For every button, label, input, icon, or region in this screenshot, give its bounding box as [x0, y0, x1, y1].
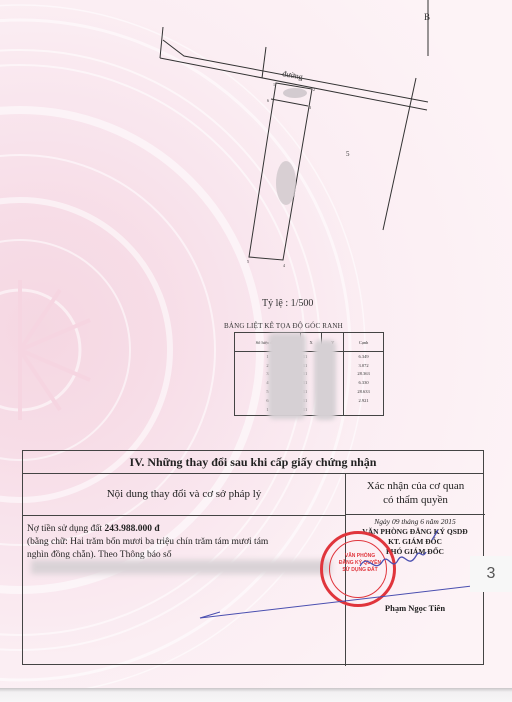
coordinate-table: Số hiệu điểm X Y Cạnh 111626.34921163.07…: [234, 332, 384, 416]
table-row: 1116: [235, 406, 384, 416]
cell-edge: 6.330: [344, 379, 384, 388]
cell-edge: [344, 406, 384, 416]
confirm-date: Ngày 09 tháng 6 năm 2015: [345, 517, 485, 527]
section-title: IV. Những thay đổi sau khi cấp giấy chứn…: [23, 451, 483, 474]
coordinate-table-title: BẢNG LIỆT KÊ TỌA ĐỘ GÓC RANH: [224, 322, 343, 330]
land-plot-diagram: đường B 5 1 2 3 4 5 6: [0, 0, 512, 300]
table-row: 41166.330: [235, 379, 384, 388]
table-row: 511628.633: [235, 388, 384, 397]
redacted-notice-number: [31, 560, 331, 574]
cell-edge: 3.072: [344, 361, 384, 370]
parcel-label: 5: [346, 150, 350, 158]
map-scale: Tỷ lệ : 1/500: [262, 298, 313, 309]
redaction-y: [314, 340, 336, 420]
content-header: Nội dung thay đổi và cơ sở pháp lý: [23, 473, 345, 516]
table-row: 21163.072: [235, 361, 384, 370]
changes-section: IV. Những thay đổi sau khi cấp giấy chứn…: [22, 450, 484, 665]
svg-text:5: 5: [247, 259, 249, 264]
debt-amount: 243.988.000 đ: [104, 524, 159, 534]
cell-edge: 2.921: [344, 397, 384, 406]
road-label: đường: [282, 69, 304, 81]
header-edge: Cạnh: [344, 333, 384, 352]
svg-text:6: 6: [267, 98, 269, 103]
cell-edge: 28.363: [344, 370, 384, 379]
table-row: 111626.349: [235, 352, 384, 362]
table-row: 311628.363: [235, 370, 384, 379]
page-number: 3: [470, 556, 512, 592]
north-marker: B: [424, 12, 430, 22]
svg-text:3: 3: [309, 105, 311, 110]
change-content: Nợ tiền sử dụng đất 243.988.000 đ (bằng …: [27, 523, 339, 562]
page-edge: [0, 688, 512, 702]
table-row: 61162.921: [235, 397, 384, 406]
cell-edge: 28.633: [344, 388, 384, 397]
cell-edge: 6.349: [344, 352, 384, 362]
svg-text:4: 4: [283, 263, 285, 268]
svg-text:2: 2: [313, 87, 315, 92]
svg-text:1: 1: [273, 82, 275, 87]
confirmation-header: Xác nhận của cơ quan có thẩm quyền: [345, 473, 485, 515]
stamp-text: VĂN PHÒNG ĐĂNG KÝ QUYỀN SỬ DỤNG ĐẤT: [338, 553, 382, 574]
redaction-x: [268, 333, 306, 419]
certificate-page: đường B 5 1 2 3 4 5 6 Tỷ lệ : 1/500 BẢNG…: [0, 0, 512, 688]
